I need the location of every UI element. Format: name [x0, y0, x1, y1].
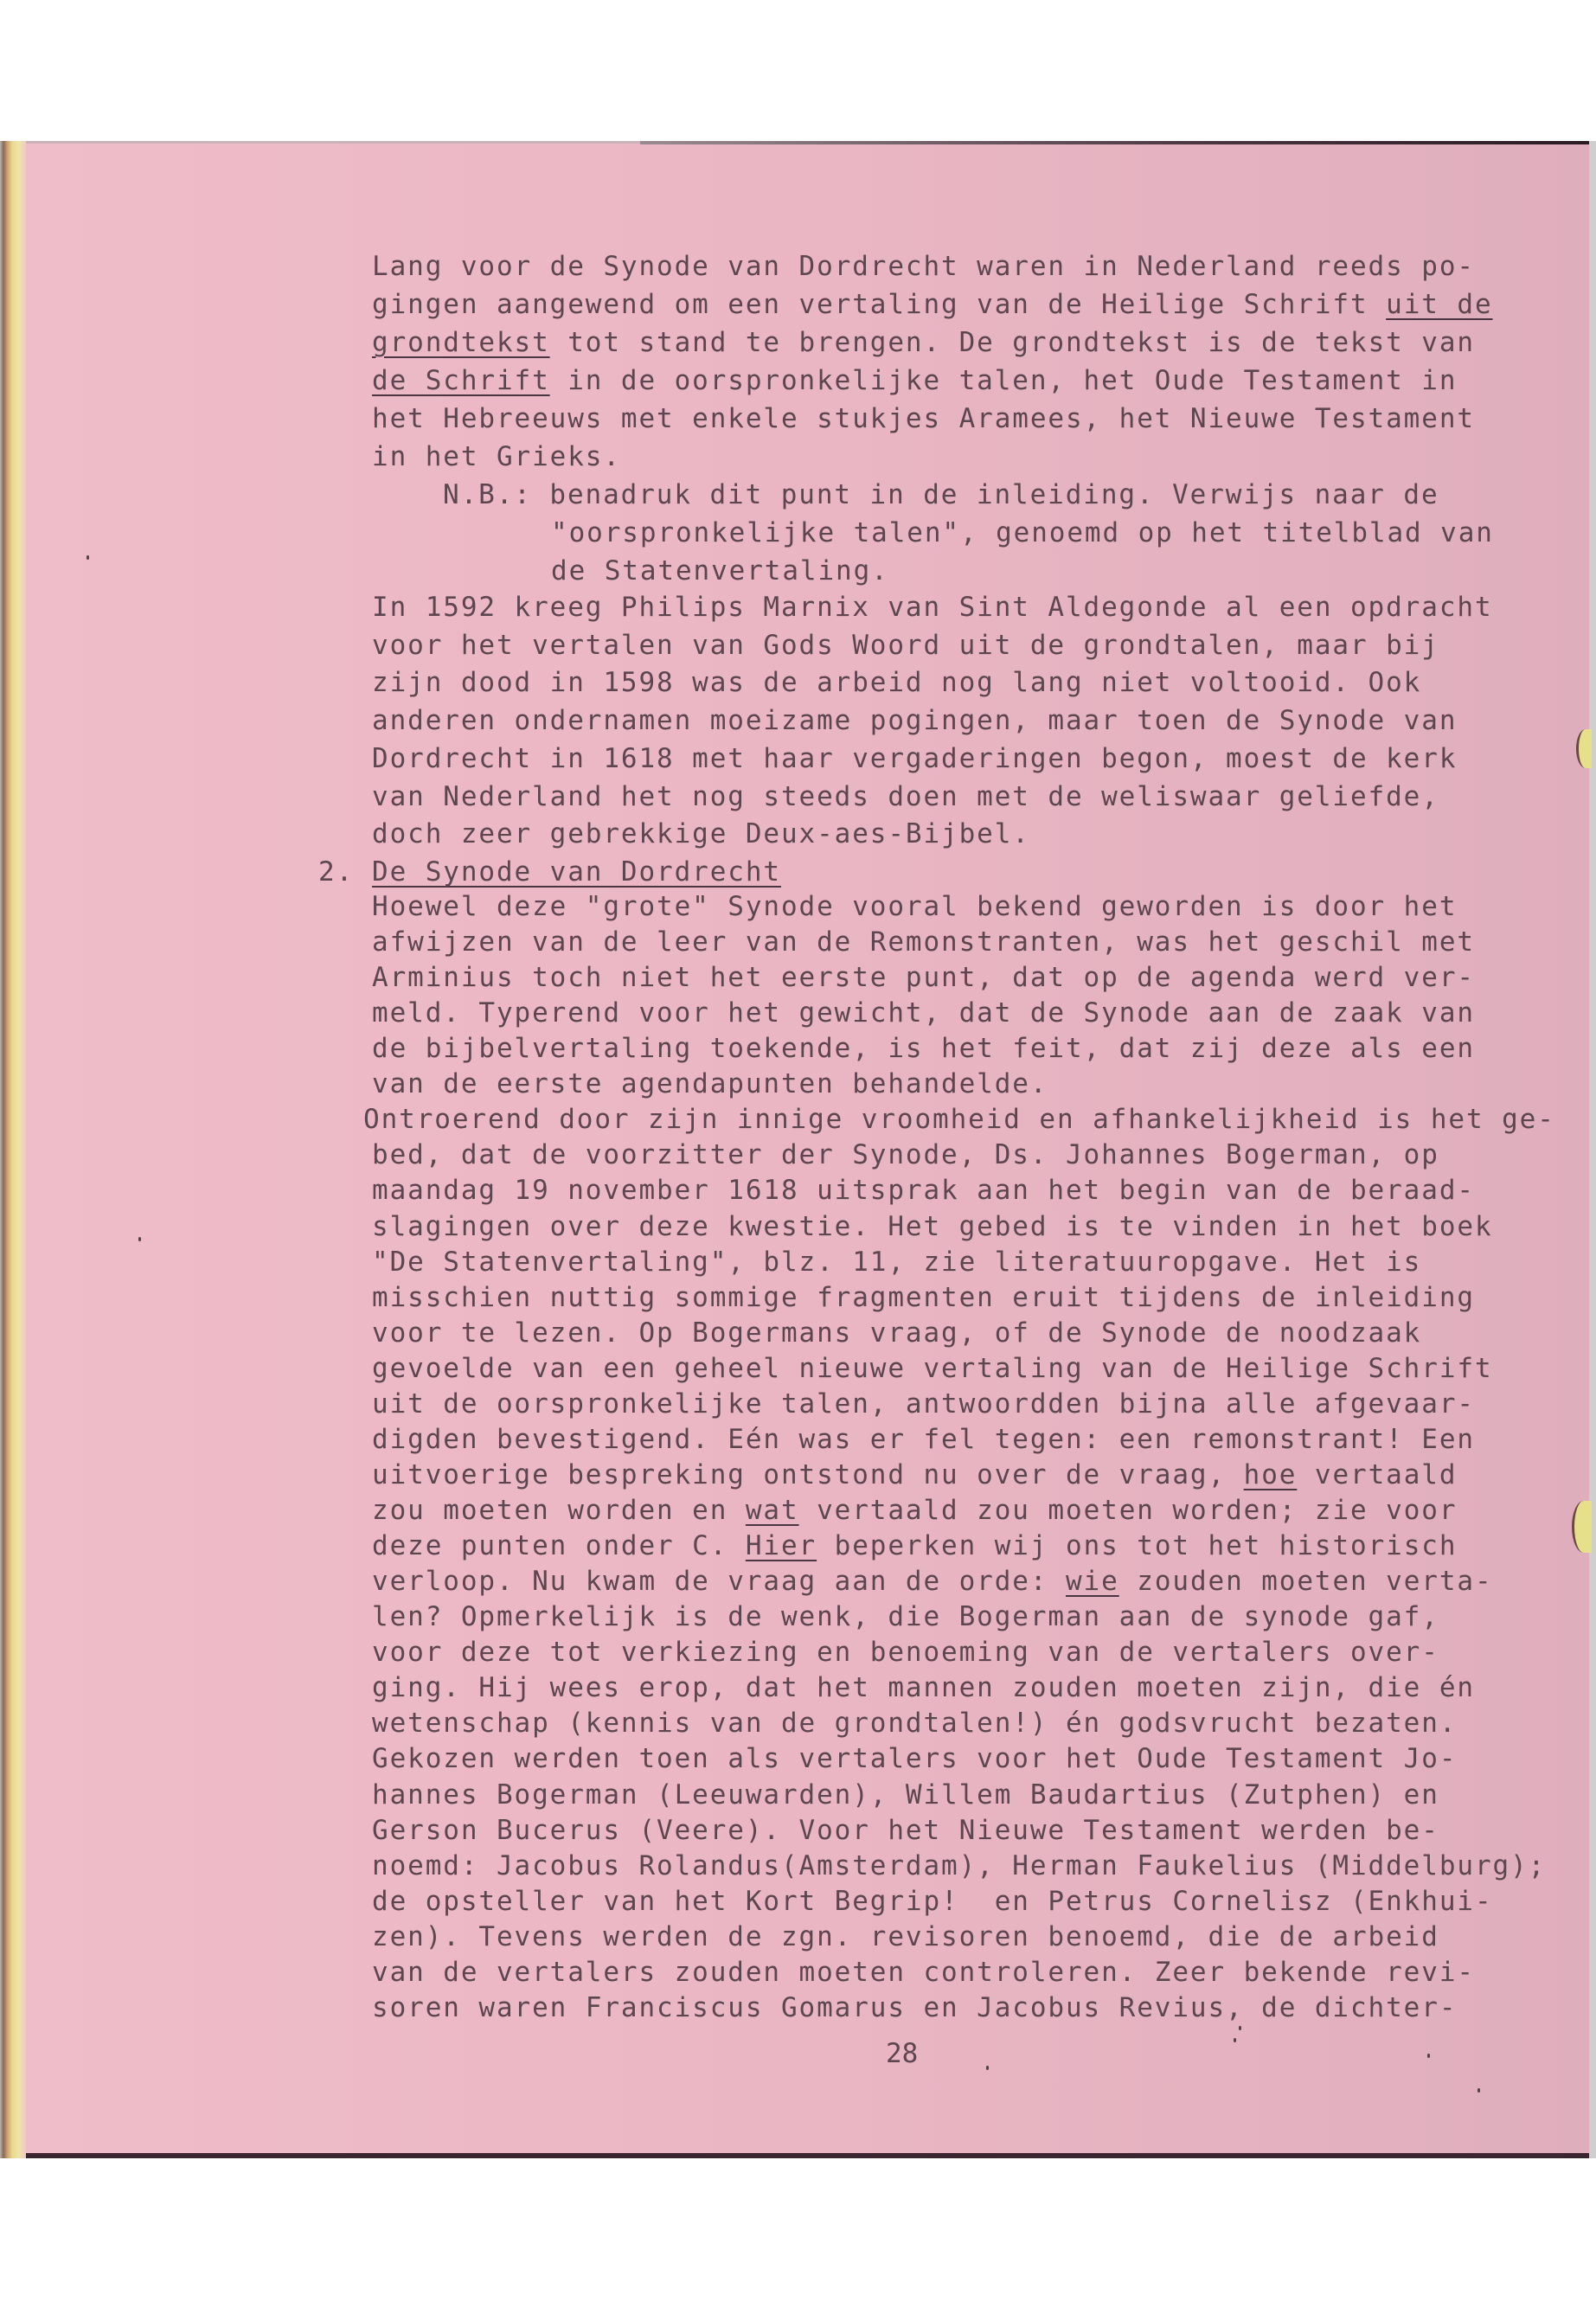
text-line: de Schrift in de oorspronkelijke talen, …: [372, 368, 1457, 394]
scan-speck: [87, 555, 89, 560]
text-line: de opsteller van het Kort Begrip! en Pet…: [372, 1888, 1493, 1915]
text-line: het Hebreeuws met enkele stukjes Aramees…: [372, 406, 1475, 433]
text-line: deze punten onder C. Hier beperken wij o…: [372, 1533, 1457, 1560]
text-line: van de eerste agendapunten behandelde.: [372, 1071, 1048, 1098]
scan-border: [1589, 141, 1596, 2158]
text-line: slagingen over deze kwestie. Het gebed i…: [372, 1214, 1493, 1240]
page-top-edge: [640, 141, 1589, 144]
text-line: In 1592 kreeg Philips Marnix van Sint Al…: [372, 594, 1493, 621]
text-line: van de vertalers zouden moeten controler…: [372, 1959, 1475, 1986]
text-line: doch zeer gebrekkige Deux-aes-Bijbel.: [372, 821, 1030, 848]
text-line: gingen aangewend om een vertaling van de…: [372, 292, 1493, 318]
text-line: zou moeten worden en wat vertaald zou mo…: [372, 1497, 1457, 1524]
scan-speck: [986, 2066, 989, 2070]
text-line: afwijzen van de leer van de Remonstrante…: [372, 929, 1475, 956]
text-line: uit de oorspronkelijke talen, antwoordde…: [372, 1391, 1475, 1418]
text-line: wetenschap (kennis van de grondtalen!) é…: [372, 1710, 1457, 1737]
scan-speck: [1427, 2054, 1430, 2058]
text-line: Ontroerend door zijn innige vroomheid en…: [363, 1106, 1555, 1133]
text-line: Hoewel deze "grote" Synode vooral bekend…: [372, 894, 1457, 920]
section-heading: De Synode van Dordrecht: [372, 859, 781, 886]
text-line: zen). Tevens werden de zgn. revisoren be…: [372, 1924, 1439, 1951]
text-line: voor het vertalen van Gods Woord uit de …: [372, 632, 1439, 659]
text-line: de bijbelvertaling toekende, is het feit…: [372, 1035, 1475, 1062]
page-number: 28: [886, 2038, 918, 2069]
text-line: zijn dood in 1598 was de arbeid nog lang…: [372, 670, 1421, 696]
text-line: gevoelde van een geheel nieuwe vertaling…: [372, 1356, 1493, 1382]
text-line: van Nederland het nog steeds doen met de…: [372, 784, 1439, 811]
text-line: verloop. Nu kwam de vraag aan de orde: w…: [372, 1568, 1493, 1595]
scan-speck: [138, 1237, 141, 1241]
text-line: hannes Bogerman (Leeuwarden), Willem Bau…: [372, 1782, 1439, 1809]
text-line: len? Opmerkelijk is de wenk, die Bogerma…: [372, 1604, 1439, 1631]
text-line: digden bevestigend. Eén was er fel tegen…: [372, 1426, 1475, 1453]
punch-hole: [1572, 1501, 1592, 1553]
text-line: maandag 19 november 1618 uitsprak aan he…: [372, 1177, 1475, 1204]
scan-speck: [1477, 2088, 1480, 2093]
text-line: Arminius toch niet het eerste punt, dat …: [372, 965, 1475, 991]
text-line: voor deze tot verkiezing en benoeming va…: [372, 1639, 1439, 1666]
text-line: meld. Typerend voor het gewicht, dat de …: [372, 1000, 1475, 1027]
text-line: bed, dat de voorzitter der Synode, Ds. J…: [372, 1142, 1439, 1169]
text-line: voor te lezen. Op Bogermans vraag, of de…: [372, 1320, 1421, 1347]
text-line: ging. Hij wees erop, dat het mannen zoud…: [372, 1675, 1475, 1702]
text-line: misschien nuttig sommige fragmenten erui…: [372, 1285, 1475, 1311]
text-line: soren waren Franciscus Gomarus en Jacobu…: [372, 1995, 1457, 2022]
text-line: Gerson Bucerus (Veere). Voor het Nieuwe …: [372, 1817, 1439, 1844]
text-line: Dordrecht in 1618 met haar vergaderingen…: [372, 746, 1457, 772]
binding-edge: [0, 141, 26, 2158]
section-number: 2.: [318, 859, 354, 886]
text-line: Lang voor de Synode van Dordrecht waren …: [372, 253, 1475, 280]
text-line: grondtekst tot stand te brengen. De gron…: [372, 330, 1475, 356]
text-line: Gekozen werden toen als vertalers voor h…: [372, 1746, 1457, 1772]
scan-speck: [1239, 2026, 1241, 2030]
text-line: noemd: Jacobus Rolandus(Amsterdam), Herm…: [372, 1853, 1546, 1880]
scan-speck: [1234, 2038, 1236, 2042]
section-heading-text: De Synode van Dordrecht: [372, 856, 781, 888]
text-line: de Statenvertaling.: [551, 558, 889, 585]
text-line: in het Grieks.: [372, 444, 621, 471]
punch-hole: [1576, 729, 1592, 768]
text-line: "oorspronkelijke talen", genoemd op het …: [551, 520, 1494, 547]
text-line: "De Statenvertaling", blz. 11, zie liter…: [372, 1249, 1421, 1276]
text-line: anderen ondernamen moeizame pogingen, ma…: [372, 708, 1457, 734]
text-line: N.B.: benadruk dit punt in de inleiding.…: [443, 482, 1439, 509]
text-line: uitvoerige bespreking ontstond nu over d…: [372, 1462, 1457, 1489]
